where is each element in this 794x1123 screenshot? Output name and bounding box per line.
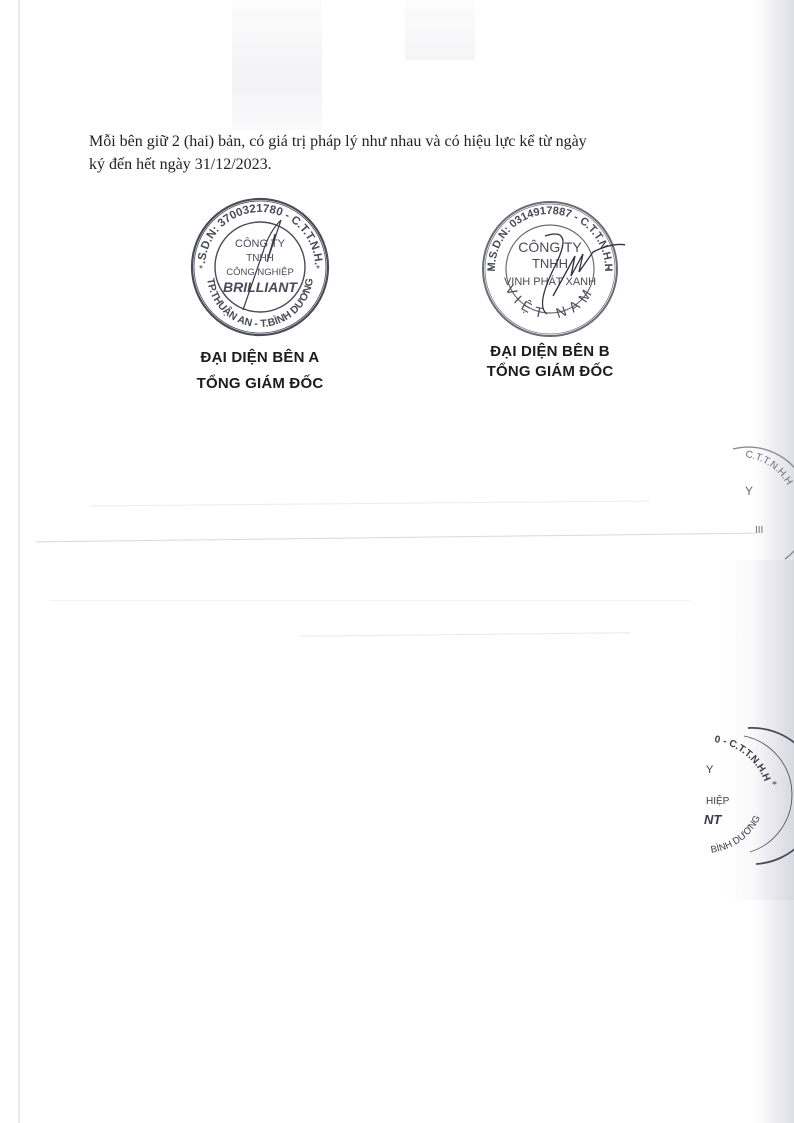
margin-seal-upper-icon: C.T.T.N.H.H Y III xyxy=(725,445,794,565)
clause-line: ký đến hết ngày 31/12/2023. xyxy=(89,153,629,176)
signature-block-party-a: M.S.D.N: 3700321780 - C.T.T.N.H.H TP.THU… xyxy=(160,192,360,394)
scan-line xyxy=(36,533,756,543)
scan-line xyxy=(90,501,650,507)
svg-text:C.T.T.N.H.H: C.T.T.N.H.H xyxy=(745,449,794,487)
scan-line xyxy=(300,632,630,636)
svg-text:*: * xyxy=(316,264,320,275)
svg-text:0 - C.T.T.N.H.H: 0 - C.T.T.N.H.H xyxy=(714,734,772,783)
scan-shade xyxy=(232,0,322,130)
seal-a-line1: CÔNG TY xyxy=(235,237,286,250)
company-seal-a-icon: M.S.D.N: 3700321780 - C.T.T.N.H.H TP.THU… xyxy=(185,192,335,342)
party-b-title: ĐẠI DIỆN BÊN B xyxy=(450,342,650,362)
svg-text:Y: Y xyxy=(745,484,753,498)
signature-block-party-b: M.S.D.N: 0314917887 - C.T.T.N.H.H VIỆT N… xyxy=(450,196,650,382)
scan-line xyxy=(50,600,690,601)
svg-text:*: * xyxy=(489,266,493,277)
seal-b-line1: CÔNG TY xyxy=(518,239,582,255)
svg-text:*: * xyxy=(606,266,610,277)
svg-text:HIỆP: HIỆP xyxy=(706,794,730,807)
svg-text:*: * xyxy=(199,264,203,275)
seal-a-line3: CÔNG NGHIỆP xyxy=(226,267,294,278)
validity-clause: Mỗi bên giữ 2 (hai) bản, có giá trị pháp… xyxy=(89,130,629,176)
svg-text:*: * xyxy=(772,780,777,791)
scan-shade-left-edge xyxy=(18,0,20,1123)
svg-text:Y: Y xyxy=(706,764,714,776)
party-a-title: ĐẠI DIỆN BÊN A xyxy=(160,348,360,368)
margin-seal-lower-icon: 0 - C.T.T.N.H.H BÌNH DƯƠNG Y HIỆP NT * xyxy=(700,718,794,868)
scan-shade xyxy=(405,0,475,60)
party-b-position: TỔNG GIÁM ĐỐC xyxy=(450,362,650,382)
clause-line: Mỗi bên giữ 2 (hai) bản, có giá trị pháp… xyxy=(89,130,629,153)
svg-text:NT: NT xyxy=(704,812,722,827)
seal-b-line2: TNHH xyxy=(532,256,568,271)
svg-text:III: III xyxy=(755,525,763,536)
company-seal-b-icon: M.S.D.N: 0314917887 - C.T.T.N.H.H VIỆT N… xyxy=(475,196,625,342)
signature-stroke xyxy=(243,220,281,310)
party-a-position: TỔNG GIÁM ĐỐC xyxy=(160,374,360,394)
seal-a-line4: BRILLIANT xyxy=(223,279,298,295)
